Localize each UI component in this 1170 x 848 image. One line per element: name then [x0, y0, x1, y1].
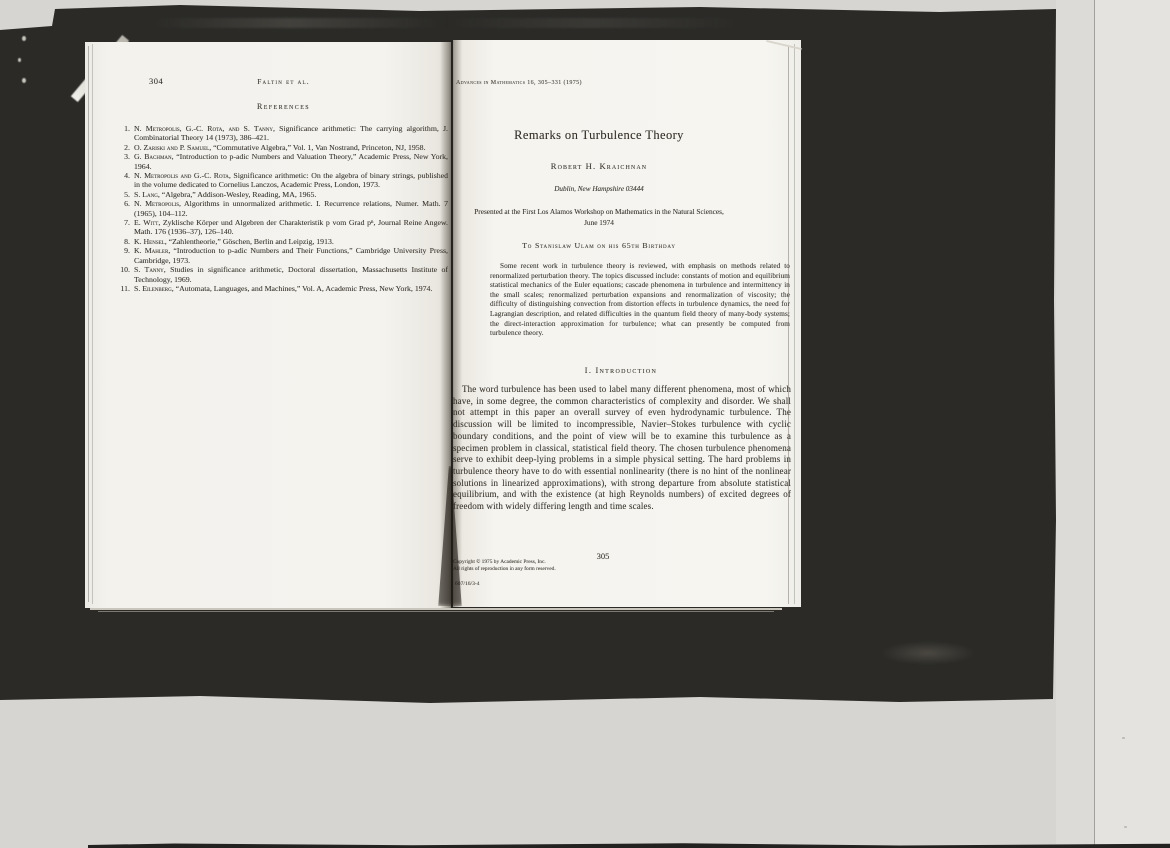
- dedication-line: To Stanislaw Ulam on his 65th Birthday: [453, 241, 745, 250]
- scanner-edge-line: [1094, 0, 1095, 848]
- bottom-page-stack-edge: [90, 608, 782, 610]
- dust-speck: [1124, 826, 1127, 828]
- reference-item: 1.N. Metropolis, G.-C. Rota, and S. Tann…: [119, 124, 448, 143]
- introduction-paragraph: The word turbulence has been used to lab…: [453, 384, 791, 513]
- scan-edge-fuzz: [150, 18, 850, 28]
- reference-text: , “Automata, Languages, and Machines,” V…: [172, 284, 433, 293]
- reference-item: 4.N. Metropolis and G.-C. Rota, Signific…: [119, 171, 448, 190]
- reference-authors: N. Metropolis, G.-C. Rota, and S. Tanny: [134, 124, 273, 133]
- dust-speck: [1122, 737, 1125, 739]
- copyright-line-1: Copyright © 1975 by Academic Press, Inc.: [453, 559, 556, 566]
- reference-number: 3.: [115, 152, 130, 161]
- reference-item: 5.S. Lang, “Algebra,” Addison-Wesley, Re…: [119, 190, 448, 199]
- scanned-book-spread: 304 Faltin et al. References 1.N. Metrop…: [0, 0, 1170, 848]
- reference-authors: S. Lang: [134, 190, 158, 199]
- abstract-paragraph: Some recent work in turbulence theory is…: [490, 262, 790, 339]
- left-page-edge-line: [88, 46, 89, 602]
- reference-text: , “Introduction to p-adic Numbers and Th…: [134, 246, 448, 264]
- copyright-line-2: All rights of reproduction in any form r…: [453, 566, 556, 573]
- reference-authors: S. Tanny: [134, 265, 164, 274]
- reference-number: 8.: [115, 237, 130, 246]
- reference-text: , “Zahlentheorie,” Göschen, Berlin and L…: [165, 237, 334, 246]
- reference-item: 11.S. Eilenberg, “Automata, Languages, a…: [119, 284, 448, 293]
- reference-item: 8.K. Hensel, “Zahlentheorie,” Göschen, B…: [119, 237, 448, 246]
- left-page: 304 Faltin et al. References 1.N. Metrop…: [85, 42, 451, 608]
- reference-item: 2.O. Zariski and P. Samuel, “Commutative…: [119, 143, 448, 152]
- left-running-head: Faltin et al.: [119, 77, 448, 86]
- right-page-edge-line: [794, 44, 795, 604]
- reference-number: 11.: [115, 284, 130, 293]
- presented-note: Presented at the First Los Alamos Worksh…: [473, 207, 725, 228]
- scan-bottom-edge: [88, 843, 1170, 848]
- reference-number: 9.: [115, 246, 130, 255]
- reference-text: , “Commutative Algebra,” Vol. 1, Van Nos…: [209, 143, 425, 152]
- left-page-edge-line: [92, 44, 93, 604]
- journal-citation-line: Advances in Mathematics 16, 305–331 (197…: [456, 80, 582, 86]
- reference-text: , Zyklische Körper und Algebren der Char…: [134, 218, 448, 236]
- references-list: 1.N. Metropolis, G.-C. Rota, and S. Tann…: [119, 124, 448, 293]
- scanner-bed-sheet: [1095, 0, 1170, 848]
- article-title: Remarks on Turbulence Theory: [453, 128, 745, 143]
- reference-text: , “Introduction to p-adic Numbers and Va…: [134, 152, 448, 170]
- reference-item: 9.K. Mahler, “Introduction to p-adic Num…: [119, 246, 448, 265]
- article-head-block: Remarks on Turbulence Theory Robert H. K…: [453, 128, 745, 250]
- reference-authors: K. Hensel: [134, 237, 165, 246]
- reference-item: 6.N. Metropolis, Algorithms in unnormali…: [119, 199, 448, 218]
- reference-text: , Algorithms in unnormalized arithmetic.…: [134, 199, 448, 217]
- reference-authors: N. Metropolis: [134, 199, 179, 208]
- reference-authors: N. Metropolis and G.-C. Rota: [134, 171, 229, 180]
- right-page: Advances in Mathematics 16, 305–331 (197…: [453, 40, 801, 607]
- right-page-number: 305: [573, 551, 633, 561]
- dust-speck: [22, 78, 26, 83]
- author-affiliation: Dublin, New Hampshire 03444: [453, 185, 745, 193]
- reference-number: 10.: [115, 265, 130, 274]
- reference-text: , “Algebra,” Addison-Wesley, Reading, MA…: [158, 190, 316, 199]
- article-author: Robert H. Kraichnan: [453, 161, 745, 171]
- open-book: 304 Faltin et al. References 1.N. Metrop…: [78, 36, 805, 612]
- dust-speck: [18, 58, 21, 62]
- reference-authors: K. Mahler: [134, 246, 168, 255]
- reference-number: 1.: [115, 124, 130, 133]
- reference-number: 5.: [115, 190, 130, 199]
- reference-item: 10.S. Tanny, Studies in significance ari…: [119, 265, 448, 284]
- dust-speck: [22, 36, 26, 41]
- reference-item: 3.G. Bachman, “Introduction to p-adic Nu…: [119, 152, 448, 171]
- reference-authors: S. Eilenberg: [134, 284, 172, 293]
- reference-number: 6.: [115, 199, 130, 208]
- reference-item: 7.E. Witt, Zyklische Körper und Algebren…: [119, 218, 448, 237]
- reference-authors: G. Bachman: [134, 152, 172, 161]
- scan-smudge: [880, 641, 976, 665]
- reference-number: 4.: [115, 171, 130, 180]
- reference-text: , Studies in significance arithmetic, Do…: [134, 265, 448, 283]
- copyright-block: Copyright © 1975 by Academic Press, Inc.…: [453, 559, 556, 573]
- reference-number: 2.: [115, 143, 130, 152]
- reference-authors: E. Witt: [134, 218, 158, 227]
- references-heading: References: [119, 102, 448, 111]
- reference-number: 7.: [115, 218, 130, 227]
- section-heading-introduction: I. Introduction: [471, 366, 771, 375]
- bottom-page-stack-edge: [98, 611, 774, 612]
- right-page-edge-line: [788, 46, 789, 604]
- reference-authors: O. Zariski and P. Samuel: [134, 143, 209, 152]
